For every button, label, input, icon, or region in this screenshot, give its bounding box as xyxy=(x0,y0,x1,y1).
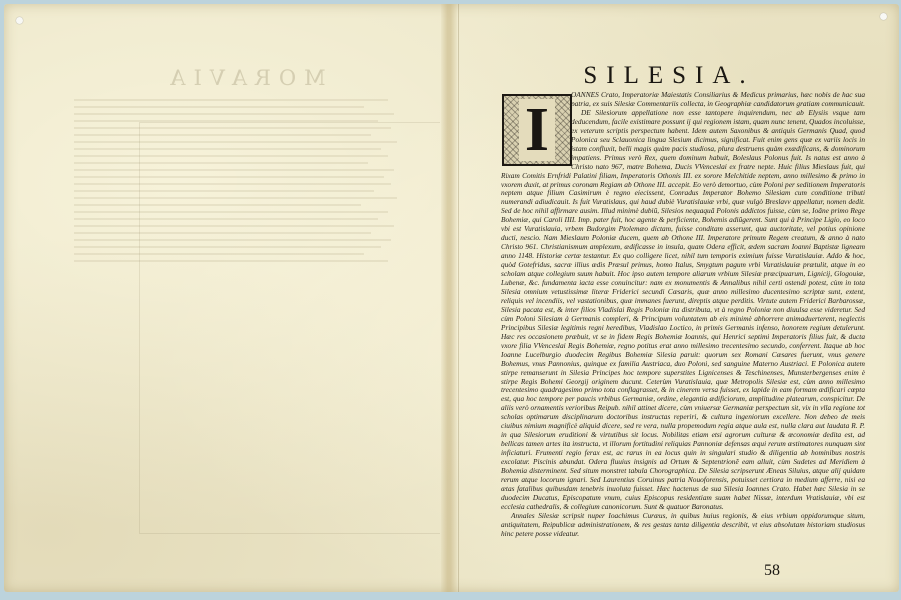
page-number: 58 xyxy=(764,562,780,580)
bleed-through-title: MORAVIA xyxy=(159,66,329,90)
atlas-sheet: MORAVIA SILESIA. I OANNES Crato, Imperat… xyxy=(4,4,899,592)
page-title: SILESIA. xyxy=(544,62,794,90)
center-fold-line xyxy=(458,4,459,592)
punch-hole xyxy=(880,13,887,20)
bleed-through-text xyxy=(74,99,404,549)
paragraph: Annales Silesiæ scripsit nuper Ioachimus… xyxy=(501,512,865,539)
paragraph: DE Silesiorum appellatione non esse tant… xyxy=(501,109,865,512)
punch-hole xyxy=(16,17,23,24)
center-fold xyxy=(441,4,457,592)
body-text: OANNES Crato, Imperatoriæ Maiestatis Con… xyxy=(501,91,865,539)
